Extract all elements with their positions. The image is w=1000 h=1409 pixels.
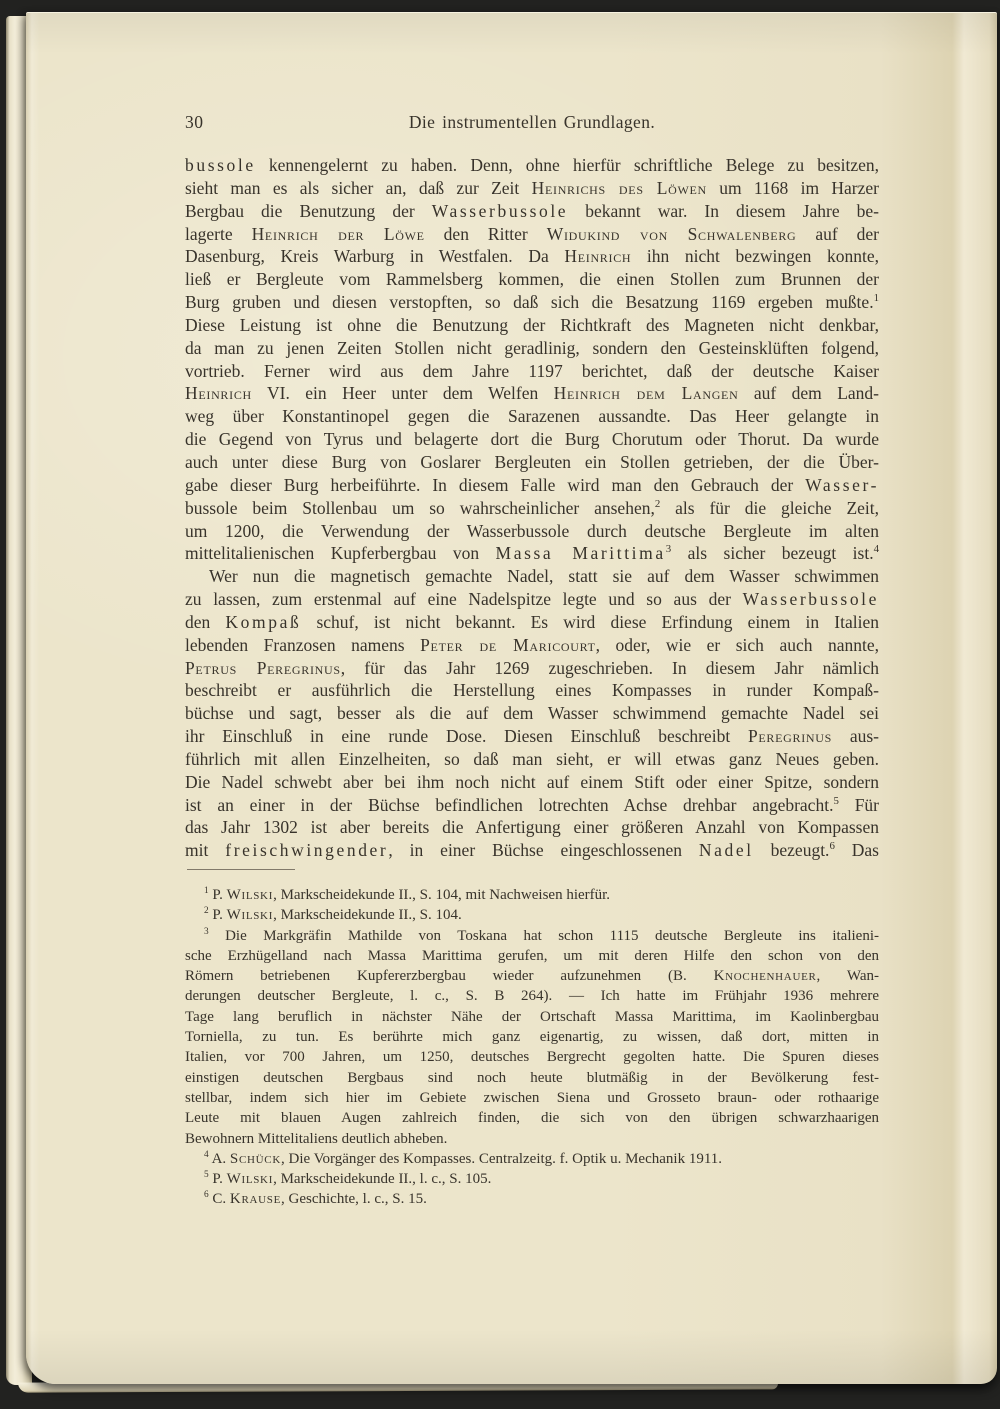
footnote-line: Leute mit blauen Augen zahlreich finden,… bbox=[185, 1108, 879, 1128]
text-run: , Markscheidekunde II., l. c., S. 105. bbox=[273, 1171, 491, 1187]
masthead: 30 Die instrumentellen Grundlagen. bbox=[185, 112, 879, 136]
text-run: sche Erzhügelland nach Massa Marittima g… bbox=[185, 948, 879, 964]
text-run: sieht man es als sicher an, daß zur Zeit bbox=[185, 178, 532, 198]
emphasized-spaced-word: Massa Marittima bbox=[496, 543, 666, 563]
text-run: Bewohnern Mittelitaliens deutlich abhebe… bbox=[185, 1131, 447, 1147]
body-text-line: mittelitalienischen Kupferbergbau von Ma… bbox=[185, 542, 879, 565]
small-caps-name: Widukind von Schwalenberg bbox=[547, 224, 797, 244]
text-run: , Markscheidekunde II., S. 104, mit Nach… bbox=[273, 887, 610, 903]
scanned-book-photo: { "colors": { "paper": "#ece5cb", "ink":… bbox=[0, 0, 1000, 1409]
body-text-line: mit freischwingender, in einer Büchse ei… bbox=[185, 839, 879, 862]
text-run: die Gegend von Tyrus und belagerte dort … bbox=[185, 429, 879, 449]
small-caps-name: Heinrich bbox=[564, 246, 631, 266]
body-text-line: büchse und sagt, besser als die auf dem … bbox=[185, 702, 879, 725]
text-run: P. bbox=[209, 887, 227, 903]
emphasized-spaced-word: freischwingender bbox=[225, 840, 388, 860]
small-caps-name: Petrus Peregrinus bbox=[185, 658, 341, 678]
book-page: 30 Die instrumentellen Grundlagen. busso… bbox=[26, 12, 997, 1384]
body-text-line: Diese Leistung ist ohne die Benutzung de… bbox=[185, 314, 879, 337]
emphasized-spaced-word: Kompaß bbox=[225, 612, 301, 632]
text-run: ließ er Bergleute vom Rammelsberg kommen… bbox=[185, 269, 879, 289]
text-run: Das bbox=[835, 840, 879, 860]
text-run: auf dem Land- bbox=[738, 383, 879, 403]
text-run: führlich mit allen Einzelheiten, so daß … bbox=[185, 749, 879, 769]
text-run: bezeugt. bbox=[754, 840, 830, 860]
text-run: das Jahr 1302 ist aber bereits die Anfer… bbox=[185, 817, 879, 837]
text-run: mit bbox=[185, 840, 225, 860]
text-run: zu lassen, zum erstenmal auf eine Nadels… bbox=[185, 589, 743, 609]
body-text-line: Petrus Peregrinus, für das Jahr 1269 zug… bbox=[185, 657, 879, 680]
text-run: Leute mit blauen Augen zahlreich finden,… bbox=[185, 1110, 879, 1126]
small-caps-name: Krause bbox=[230, 1191, 281, 1207]
body-text: bussole kennengelernt zu haben. Denn, oh… bbox=[185, 154, 879, 862]
running-header: Die instrumentellen Grundlagen. bbox=[185, 112, 879, 133]
text-run: Römern betriebenen Kupfererzbergbau wied… bbox=[185, 968, 714, 984]
text-run: Burg gruben und diesen verstopften, so d… bbox=[185, 292, 874, 312]
small-caps-name: Peter de Maricourt bbox=[420, 635, 596, 655]
text-run: , Geschichte, l. c., S. 15. bbox=[281, 1191, 427, 1207]
text-run: als für die gleiche Zeit, bbox=[660, 498, 879, 518]
small-caps-name: Wilski bbox=[227, 887, 273, 903]
text-run: lebenden Franzosen namens bbox=[185, 635, 420, 655]
footnote-separator-rule bbox=[187, 869, 295, 870]
body-text-line: ließ er Bergleute vom Rammelsberg kommen… bbox=[185, 268, 879, 291]
text-run: derungen deutscher Bergleute, l. c., S. … bbox=[185, 988, 879, 1004]
body-text-line: Die Nadel schwebt aber bei ihm noch nich… bbox=[185, 771, 879, 794]
body-text-line: Dasenburg, Kreis Warburg in Westfalen. D… bbox=[185, 245, 879, 268]
text-run: A. bbox=[209, 1151, 230, 1167]
text-run: Diese Leistung ist ohne die Benutzung de… bbox=[185, 315, 879, 335]
text-run: kennengelernt zu haben. Denn, ohne hierf… bbox=[256, 155, 879, 175]
text-run: den Ritter bbox=[425, 224, 547, 244]
text-run: , oder, wie er sich auch nannte, bbox=[596, 635, 879, 655]
text-run: beschreibt er ausführlich die Herstellun… bbox=[185, 680, 879, 700]
text-run: auch unter diese Burg von Goslarer Bergl… bbox=[185, 452, 879, 472]
footnote-line: 3 Die Markgräfin Mathilde von Toskana ha… bbox=[185, 926, 879, 946]
footnote-line: sche Erzhügelland nach Massa Marittima g… bbox=[185, 946, 879, 966]
text-run: Torniella, zu tun. Es berührte mich ganz… bbox=[185, 1029, 879, 1045]
text-run: bekannt war. In diesem Jahre be- bbox=[568, 201, 879, 221]
text-run: vortrieb. Ferner wird aus dem Jahre 1197… bbox=[185, 361, 879, 381]
text-run: ist an einer in der Büchse befindlichen … bbox=[185, 795, 833, 815]
body-text-line: weg über Konstantinopel gegen die Saraze… bbox=[185, 405, 879, 428]
text-run: Dasenburg, Kreis Warburg in Westfalen. D… bbox=[185, 246, 564, 266]
emphasized-spaced-word: Wasserbussole bbox=[432, 201, 568, 221]
body-text-line: bussole beim Stollenbau um so wahrschein… bbox=[185, 497, 879, 520]
emphasized-spaced-word: Nadel bbox=[699, 840, 754, 860]
footnote-marker: 1 bbox=[874, 292, 879, 304]
small-caps-name: Schück bbox=[230, 1151, 281, 1167]
body-text-line: ist an einer in der Büchse befindlichen … bbox=[185, 794, 879, 817]
body-text-line: Bergbau die Benutzung der Wasserbussole … bbox=[185, 200, 879, 223]
emphasized-spaced-word: Wasserbussole bbox=[743, 589, 879, 609]
text-run: Bergbau die Benutzung der bbox=[185, 201, 432, 221]
body-text-line: beschreibt er ausführlich die Herstellun… bbox=[185, 679, 879, 702]
body-text-line: sieht man es als sicher an, daß zur Zeit… bbox=[185, 177, 879, 200]
footnote-line: 1 P. Wilski, Markscheidekunde II., S. 10… bbox=[185, 885, 879, 905]
body-text-line: zu lassen, zum erstenmal auf eine Nadels… bbox=[185, 588, 879, 611]
body-text-line: gabe dieser Burg herbeiführte. In diesem… bbox=[185, 474, 879, 497]
body-text-line: Wer nun die magnetisch gemachte Nadel, s… bbox=[185, 565, 879, 588]
footnote-line: 6 C. Krause, Geschichte, l. c., S. 15. bbox=[185, 1189, 879, 1209]
text-run: bussole beim Stollenbau um so wahrschein… bbox=[185, 498, 655, 518]
small-caps-name: Peregrinus bbox=[748, 726, 832, 746]
body-text-line: den Kompaß schuf, ist nicht bekannt. Es … bbox=[185, 611, 879, 634]
footnote-line: derungen deutscher Bergleute, l. c., S. … bbox=[185, 986, 879, 1006]
body-text-line: lebenden Franzosen namens Peter de Maric… bbox=[185, 634, 879, 657]
text-run: Italien, vor 700 Jahren, um 1250, deutsc… bbox=[185, 1049, 879, 1065]
text-run: als sicher bezeugt ist. bbox=[671, 543, 873, 563]
text-run: lagerte bbox=[185, 224, 252, 244]
footnote-line: Römern betriebenen Kupfererzbergbau wied… bbox=[185, 966, 879, 986]
text-run: VI. ein Heer unter dem Welfen bbox=[252, 383, 554, 403]
body-text-line: lagerte Heinrich der Löwe den Ritter Wid… bbox=[185, 223, 879, 246]
text-run: einstigen deutschen Bergbaus sind noch h… bbox=[185, 1070, 879, 1086]
text-run: büchse und sagt, besser als die auf dem … bbox=[185, 703, 879, 723]
small-caps-name: Heinrich bbox=[185, 383, 252, 403]
footnote-line: 2 P. Wilski, Markscheidekunde II., S. 10… bbox=[185, 905, 879, 925]
body-text-line: bussole kennengelernt zu haben. Denn, oh… bbox=[185, 154, 879, 177]
text-run: weg über Konstantinopel gegen die Saraze… bbox=[185, 406, 879, 426]
small-caps-name: Heinrichs des Löwen bbox=[532, 178, 707, 198]
text-run: den bbox=[185, 612, 225, 632]
text-run: ihr Einschluß in eine runde Dose. Diesen… bbox=[185, 726, 748, 746]
text-run: mittelitalienischen Kupferbergbau von bbox=[185, 543, 496, 563]
body-text-line: vortrieb. Ferner wird aus dem Jahre 1197… bbox=[185, 360, 879, 383]
text-run: , Wan- bbox=[817, 968, 879, 984]
text-run: P. bbox=[209, 907, 227, 923]
text-run: Wer nun die magnetisch gemachte Nadel, s… bbox=[209, 566, 879, 586]
small-caps-name: Wilski bbox=[227, 907, 273, 923]
text-run: Tage lang beruflich in nächster Nähe der… bbox=[185, 1009, 879, 1025]
footnote-line: Tage lang beruflich in nächster Nähe der… bbox=[185, 1007, 879, 1027]
text-run: Die Nadel schwebt aber bei ihm noch nich… bbox=[185, 772, 879, 792]
text-run: , für das Jahr 1269 zugeschrieben. In di… bbox=[341, 658, 879, 678]
footnote-line: Italien, vor 700 Jahren, um 1250, deutsc… bbox=[185, 1047, 879, 1067]
text-run: schuf, ist nicht bekannt. Es wird diese … bbox=[301, 612, 879, 632]
text-run: auf der bbox=[796, 224, 879, 244]
emphasized-spaced-word: Wasser- bbox=[805, 475, 879, 495]
small-caps-name: Heinrich dem Langen bbox=[554, 383, 739, 403]
body-text-line: um 1200, die Verwendung der Wasserbussol… bbox=[185, 520, 879, 543]
footnote-line: 5 P. Wilski, Markscheidekunde II., l. c.… bbox=[185, 1169, 879, 1189]
footnotes: 1 P. Wilski, Markscheidekunde II., S. 10… bbox=[185, 885, 879, 1210]
body-text-line: führlich mit allen Einzelheiten, so daß … bbox=[185, 748, 879, 771]
text-run: um 1200, die Verwendung der Wasserbussol… bbox=[185, 521, 879, 541]
body-text-line: das Jahr 1302 ist aber bereits die Anfer… bbox=[185, 816, 879, 839]
body-text-line: Heinrich VI. ein Heer unter dem Welfen H… bbox=[185, 382, 879, 405]
footnote-line: 4 A. Schück, Die Vorgänger des Kompasses… bbox=[185, 1149, 879, 1169]
small-caps-name: Heinrich der Löwe bbox=[252, 224, 425, 244]
footnote-line: Torniella, zu tun. Es berührte mich ganz… bbox=[185, 1027, 879, 1047]
emphasized-spaced-word: bussole bbox=[185, 155, 256, 175]
text-run: C. bbox=[209, 1191, 230, 1207]
body-text-line: ihr Einschluß in eine runde Dose. Diesen… bbox=[185, 725, 879, 748]
text-run: da man zu jenen Zeiten Stollen nicht ger… bbox=[185, 338, 879, 358]
body-text-line: da man zu jenen Zeiten Stollen nicht ger… bbox=[185, 337, 879, 360]
text-run: ihn nicht bezwingen konnte, bbox=[631, 246, 879, 266]
footnote-line: stellbar, indem sich hier im Gebiete zwi… bbox=[185, 1088, 879, 1108]
text-run: , Die Vorgänger des Kompasses. Centralze… bbox=[281, 1151, 722, 1167]
small-caps-name: Wilski bbox=[227, 1171, 273, 1187]
text-run: Die Markgräfin Mathilde von Toskana hat … bbox=[209, 928, 879, 944]
text-run: P. bbox=[209, 1171, 227, 1187]
footnote-line: Bewohnern Mittelitaliens deutlich abhebe… bbox=[185, 1129, 879, 1149]
text-run: um 1168 im Harzer bbox=[707, 178, 879, 198]
text-run: , in einer Büchse eingeschlossenen bbox=[388, 840, 699, 860]
body-text-line: auch unter diese Burg von Goslarer Bergl… bbox=[185, 451, 879, 474]
footnote-line: einstigen deutschen Bergbaus sind noch h… bbox=[185, 1068, 879, 1088]
text-run: Für bbox=[839, 795, 879, 815]
body-text-line: Burg gruben und diesen verstopften, so d… bbox=[185, 291, 879, 314]
small-caps-name: Knochenhauer bbox=[714, 968, 817, 984]
text-run: aus- bbox=[832, 726, 879, 746]
text-run: gabe dieser Burg herbeiführte. In diesem… bbox=[185, 475, 805, 495]
text-run: , Markscheidekunde II., S. 104. bbox=[273, 907, 462, 923]
body-text-line: die Gegend von Tyrus und belagerte dort … bbox=[185, 428, 879, 451]
text-run: stellbar, indem sich hier im Gebiete zwi… bbox=[185, 1090, 879, 1106]
footnote-marker: 4 bbox=[874, 544, 879, 556]
